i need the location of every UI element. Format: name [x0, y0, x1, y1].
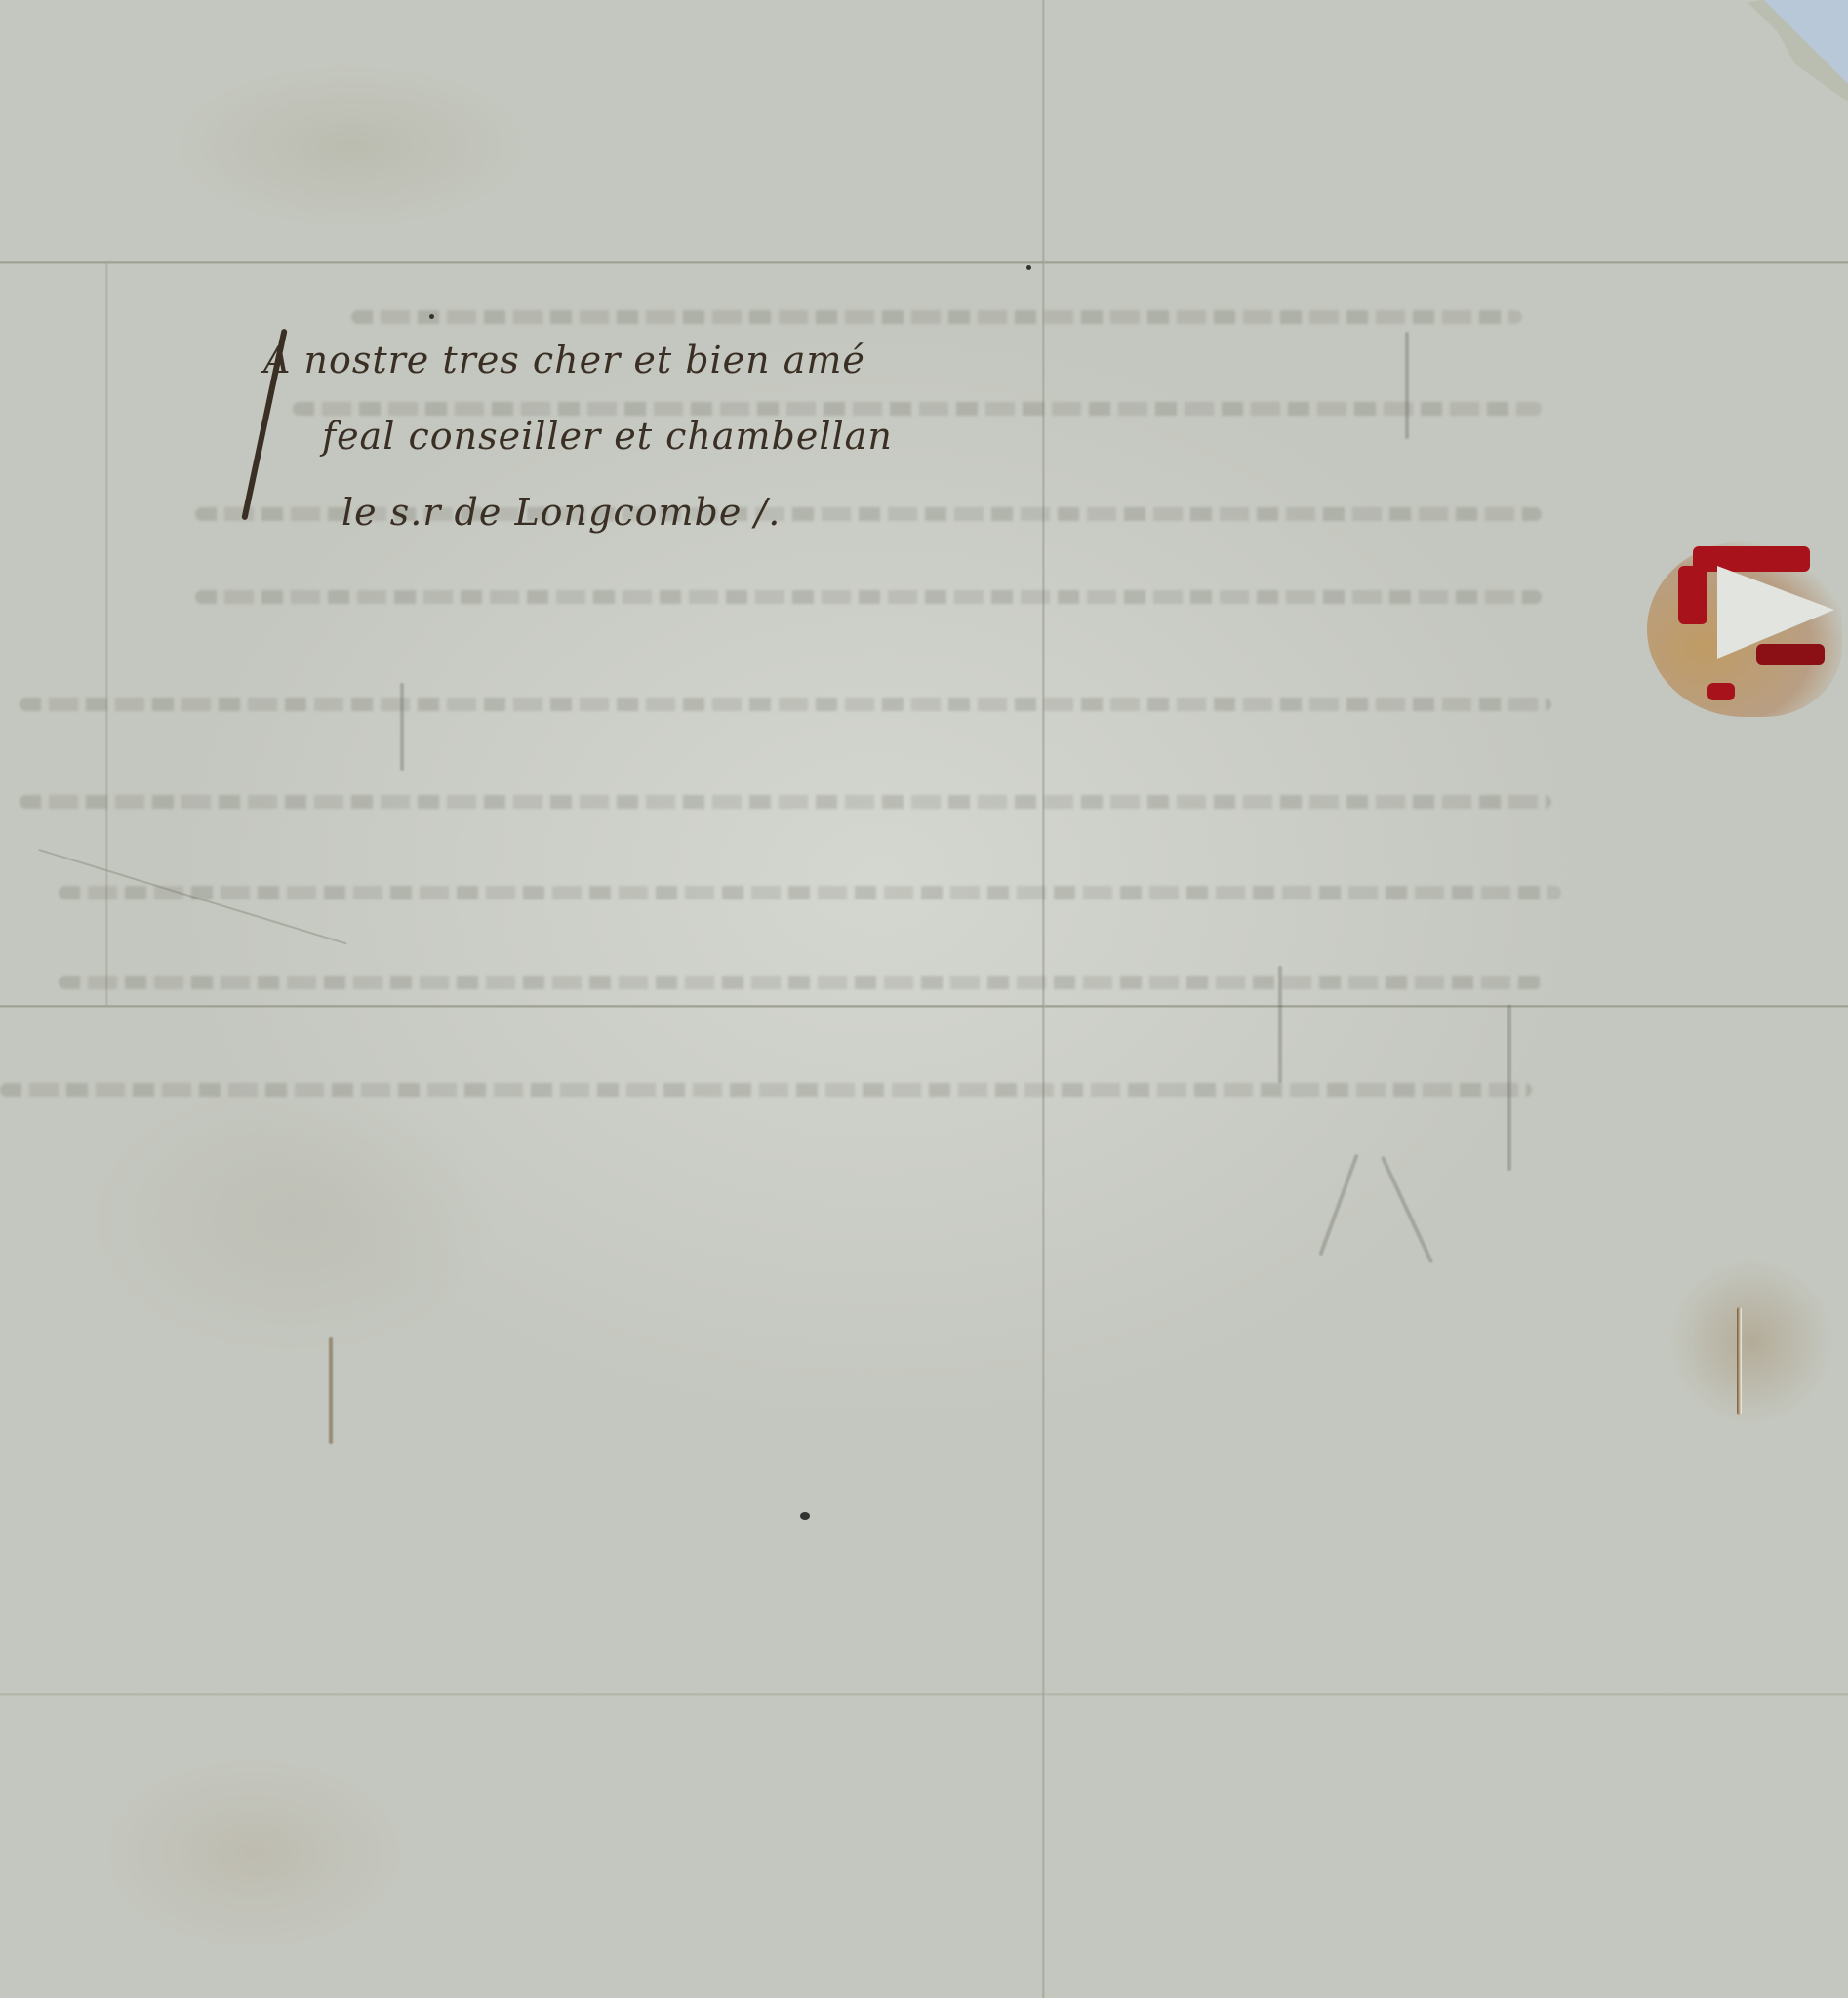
slit-stain: [1668, 1259, 1834, 1424]
fold-line-center: [1042, 0, 1045, 1998]
ink-mark: [329, 1337, 333, 1444]
fold-line-top: [0, 261, 1848, 264]
bleed-through-stroke: [400, 683, 404, 771]
bleed-through-stroke: [1405, 332, 1409, 439]
fold-line-bottom: [0, 1693, 1848, 1696]
paper-slit: [1737, 1307, 1742, 1415]
bleed-through-line: [0, 1083, 1532, 1097]
address-line-2: feal conseiller et chambellan: [322, 398, 893, 474]
wax-seal: [1756, 644, 1825, 665]
wax-seal: [1707, 683, 1735, 700]
bleed-through-stroke: [1507, 1005, 1511, 1171]
address-line-1: A nostre tres cher et bien amé: [263, 322, 893, 398]
bleed-through-signature: [1381, 1156, 1433, 1263]
wax-seal: [1693, 546, 1810, 572]
bleed-through-line: [59, 976, 1542, 989]
ink-speck: [800, 1512, 810, 1520]
fold-line-middle: [0, 1005, 1848, 1008]
address-line-3: le s.r de Longcombe /.: [341, 474, 893, 550]
pinhole: [1026, 265, 1031, 270]
bleed-through-signature: [1318, 1154, 1358, 1257]
bleed-through-stroke: [1278, 966, 1282, 1083]
bleed-through-line: [20, 795, 1551, 809]
bleed-through-line: [59, 886, 1561, 899]
ink-speck: [429, 314, 434, 319]
bleed-through-line: [195, 590, 1542, 604]
wax-seal: [1678, 566, 1707, 624]
address-block: A nostre tres cher et bien amé feal cons…: [263, 322, 893, 550]
letter-sheet: A nostre tres cher et bien amé feal cons…: [0, 0, 1848, 1998]
bleed-through-line: [20, 698, 1551, 711]
